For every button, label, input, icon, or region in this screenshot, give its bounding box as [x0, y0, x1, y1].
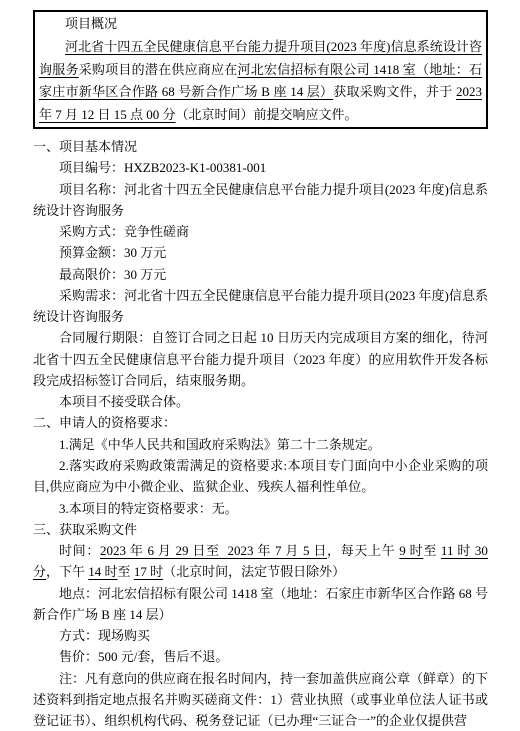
project-name-line: 项目名称：河北省十四五全民健康信息平台能力提升项目(2023 年度)信息系统设计… — [33, 179, 488, 222]
text-run: 获取采购文件，并于 — [333, 84, 456, 99]
overview-box-paragraph: 河北省十四五全民健康信息平台能力提升项目(2023 年度)信息系统设计咨询服务采… — [39, 36, 482, 127]
purchase-method-line: 方式：现场购买 — [33, 625, 488, 646]
document-price-line: 售价：500 元/套，售后不退。 — [33, 646, 488, 667]
budget-amount-line: 预算金额：30 万元 — [33, 242, 488, 263]
qualification-item-1: 1.满足《中华人民共和国政府采购法》第二十二条规定。 — [33, 434, 488, 455]
underlined-text-run: 2023 年 6 月 29 日至 2023 年 7 月 5 日 — [100, 543, 327, 558]
text-run: 采购项目的潜在供应商应在 — [79, 62, 238, 77]
text-run: 至 — [118, 564, 134, 579]
underlined-text-run: 17 时 — [134, 564, 163, 579]
overview-box-title: 项目概况 — [39, 13, 482, 36]
underlined-text-run: 9 时 — [399, 543, 423, 558]
document-content: 项目概况 河北省十四五全民健康信息平台能力提升项目(2023 年度)信息系统设计… — [33, 10, 488, 731]
document-body: 一、项目基本情况 项目编号：HXZB2023-K1-00381-001 项目名称… — [33, 136, 488, 731]
underlined-text-run: 14 时 — [88, 564, 117, 579]
registration-note-line: 注：凡有意向的供应商在报名时间内，持一套加盖供应商公章（鲜章）的下述资料到指定地… — [33, 668, 488, 731]
project-number-line: 项目编号：HXZB2023-K1-00381-001 — [33, 157, 488, 178]
max-price-line: 最高限价：30 万元 — [33, 264, 488, 285]
text-run: 至 — [423, 543, 441, 558]
text-run: （北京时间）前提交响应文件。 — [176, 107, 358, 122]
text-run: 时间： — [59, 543, 100, 558]
project-overview-box: 项目概况 河北省十四五全民健康信息平台能力提升项目(2023 年度)信息系统设计… — [33, 10, 488, 129]
section-2-heading: 二、申请人的资格要求： — [33, 412, 488, 433]
no-consortium-line: 本项目不接受联合体。 — [33, 391, 488, 412]
document-time-line: 时间：2023 年 6 月 29 日至 2023 年 7 月 5 日，每天上午 … — [33, 540, 488, 583]
qualification-item-3: 3.本项目的特定资格要求：无。 — [33, 498, 488, 519]
procurement-method-line: 采购方式：竞争性磋商 — [33, 221, 488, 242]
text-run: ，下午 — [46, 564, 88, 579]
procurement-notice-page: 项目概况 河北省十四五全民健康信息平台能力提升项目(2023 年度)信息系统设计… — [0, 0, 520, 731]
section-3-heading: 三、获取采购文件 — [33, 519, 488, 540]
text-run: ，每天上午 — [327, 543, 399, 558]
text-run: （北京时间，法定节假日除外） — [163, 564, 345, 579]
qualification-item-2: 2.落实政府采购政策需满足的资格要求:本项目专门面向中小企业采购的项目,供应商应… — [33, 455, 488, 498]
document-location-line: 地点：河北宏信招标有限公司 1418 室（地址：石家庄市新华区合作路 68 号新… — [33, 583, 488, 626]
procurement-requirement-line: 采购需求：河北省十四五全民健康信息平台能力提升项目(2023 年度)信息系统设计… — [33, 285, 488, 328]
section-1-heading: 一、项目基本情况 — [33, 136, 488, 157]
contract-period-line: 合同履行期限：自签订合同之日起 10 日历天内完成项目方案的细化，待河北省十四五… — [33, 327, 488, 391]
